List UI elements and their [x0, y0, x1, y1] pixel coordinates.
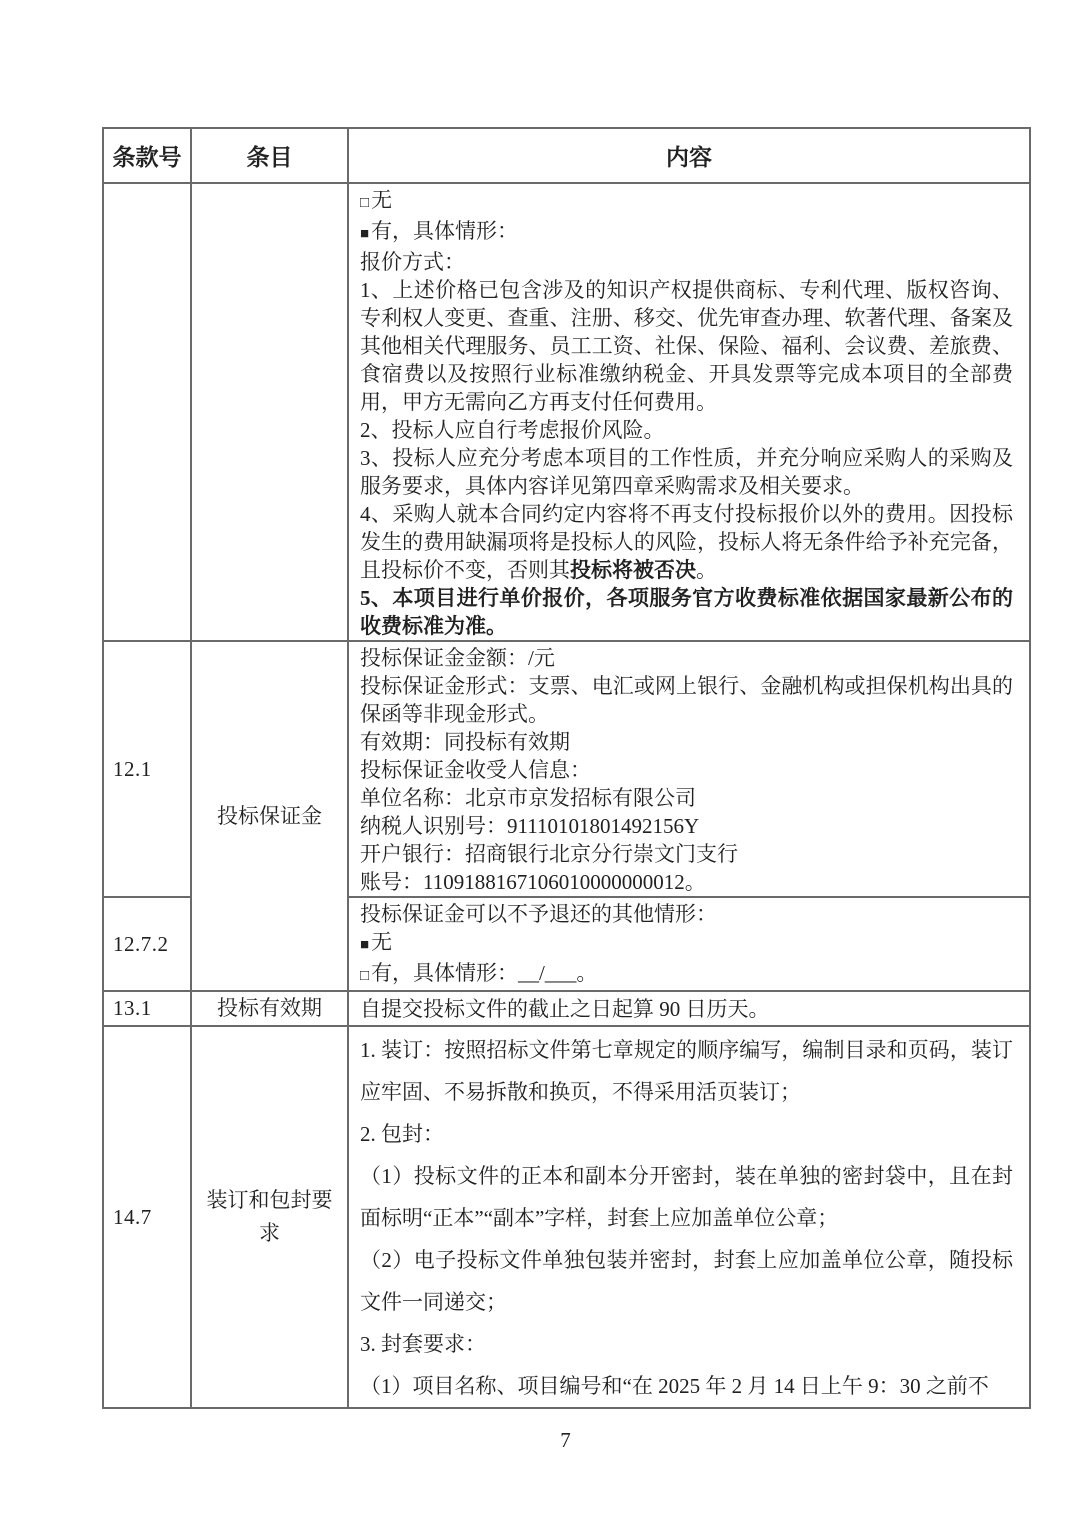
content-line: （1）项目名称、项目编号和“在 2025 年 2 月 14 日上午 9：30 之…: [360, 1365, 1013, 1407]
clause-cell: 14.7: [103, 1026, 191, 1408]
content-cell-binding: 1. 装订：按照招标文件第七章规定的顺序编写，编制目录和页码，装订应牢固、不易拆…: [348, 1026, 1030, 1408]
content-cell-deposit: 投标保证金金额：/元 投标保证金形式：支票、电汇或网上银行、金融机构或担保机构出…: [348, 641, 1030, 897]
row-12-1: 12.1 投标保证金 投标保证金金额：/元 投标保证金形式：支票、电汇或网上银行…: [103, 641, 1030, 897]
content-cell-quote: □无 ■有，具体情形： 报价方式： 1、上述价格已包含涉及的知识产权提供商标、专…: [348, 183, 1030, 641]
content-cell-refund: 投标保证金可以不予退还的其他情形： ■无 □有，具体情形：__/___。: [348, 897, 1030, 991]
content-line-bold: 5、本项目进行单价报价，各项服务官方收费标准依据国家最新公布的收费标准为准。: [360, 584, 1013, 640]
row-14-7: 14.7 装订和包封要求 1. 装订：按照招标文件第七章规定的顺序编写，编制目录…: [103, 1026, 1030, 1408]
row-13-1: 13.1 投标有效期 自提交投标文件的截止之日起算 90 日历天。: [103, 991, 1030, 1026]
content-line: 单位名称：北京市京发招标有限公司: [360, 784, 1013, 812]
content-line-checkbox-yes: ■有，具体情形：: [360, 217, 1013, 248]
checkbox-label: 无: [371, 930, 392, 954]
content-line: 4、采购人就本合同约定内容将不再支付投标报价以外的费用。因投标发生的费用缺漏项将…: [360, 500, 1013, 584]
clauses-table: 条款号 条目 内容 □无 ■有，具体情形： 报价方式： 1、上述价格已包含涉及的…: [102, 127, 1031, 1409]
row-quote-continuation: □无 ■有，具体情形： 报价方式： 1、上述价格已包含涉及的知识产权提供商标、专…: [103, 183, 1030, 641]
content-line: 投标保证金形式：支票、电汇或网上银行、金融机构或担保机构出具的保函等非现金形式。: [360, 672, 1013, 728]
checkbox-checked-icon: ■: [360, 937, 371, 953]
content-line: （1）投标文件的正本和副本分开密封，装在单独的密封袋中，且在封面标明“正本”“副…: [360, 1155, 1013, 1239]
bold-emphasis: 投标将被否决: [570, 558, 696, 582]
content-line: 投标保证金金额：/元: [360, 644, 1013, 672]
checkbox-label: 无: [371, 188, 392, 212]
content-line: 投标保证金可以不予退还的其他情形：: [360, 900, 1013, 928]
checkbox-unchecked-icon: □: [360, 195, 371, 211]
checkbox-label: 有，具体情形：__/___。: [371, 961, 597, 985]
item-cell-validity: 投标有效期: [191, 991, 348, 1026]
clause-cell: 12.7.2: [103, 897, 191, 991]
content-line: 报价方式：: [360, 248, 1013, 276]
table-header-row: 条款号 条目 内容: [103, 128, 1030, 183]
content-line: 投标保证金收受人信息：: [360, 756, 1013, 784]
content-line: 1、上述价格已包含涉及的知识产权提供商标、专利代理、版权咨询、专利权人变更、查重…: [360, 276, 1013, 416]
checkbox-checked-icon: ■: [360, 226, 371, 242]
item-cell-binding: 装订和包封要求: [191, 1026, 348, 1408]
content-line: 有效期：同投标有效期: [360, 728, 1013, 756]
document-page: 条款号 条目 内容 □无 ■有，具体情形： 报价方式： 1、上述价格已包含涉及的…: [0, 0, 1080, 1527]
content-line: （2）电子投标文件单独包装并密封，封套上应加盖单位公章，随投标文件一同递交；: [360, 1239, 1013, 1323]
header-clause-number: 条款号: [103, 128, 191, 183]
checkbox-unchecked-icon: □: [360, 968, 371, 984]
checkbox-label: 有，具体情形：: [371, 219, 518, 243]
content-line: 开户银行：招商银行北京分行崇文门支行: [360, 840, 1013, 868]
item-cell-deposit: 投标保证金: [191, 641, 348, 991]
content-line: 3、投标人应充分考虑本项目的工作性质，并充分响应采购人的采购及服务要求，具体内容…: [360, 444, 1013, 500]
content-line: 1. 装订：按照招标文件第七章规定的顺序编写，编制目录和页码，装订应牢固、不易拆…: [360, 1029, 1013, 1113]
content-line-checkbox-no: □无: [360, 186, 1013, 217]
content-text: 。: [696, 558, 717, 582]
content-line: 2. 包封：: [360, 1113, 1013, 1155]
content-line: 纳税人识别号：91110101801492156Y: [360, 812, 1013, 840]
content-line: 账号：1109188167106010000000012。: [360, 868, 1013, 896]
content-cell-validity: 自提交投标文件的截止之日起算 90 日历天。: [348, 991, 1030, 1026]
clause-cell: 13.1: [103, 991, 191, 1026]
content-line-checkbox-none: ■无: [360, 928, 1013, 959]
page-number: 7: [102, 1428, 1029, 1453]
item-cell-empty: [191, 183, 348, 641]
content-line: 2、投标人应自行考虑报价风险。: [360, 416, 1013, 444]
content-line: 自提交投标文件的截止之日起算 90 日历天。: [360, 997, 1013, 1021]
header-content: 内容: [348, 128, 1030, 183]
content-line-checkbox-other: □有，具体情形：__/___。: [360, 959, 1013, 990]
clause-cell-empty: [103, 183, 191, 641]
content-line: 3. 封套要求：: [360, 1323, 1013, 1365]
header-item: 条目: [191, 128, 348, 183]
clause-cell: 12.1: [103, 641, 191, 897]
